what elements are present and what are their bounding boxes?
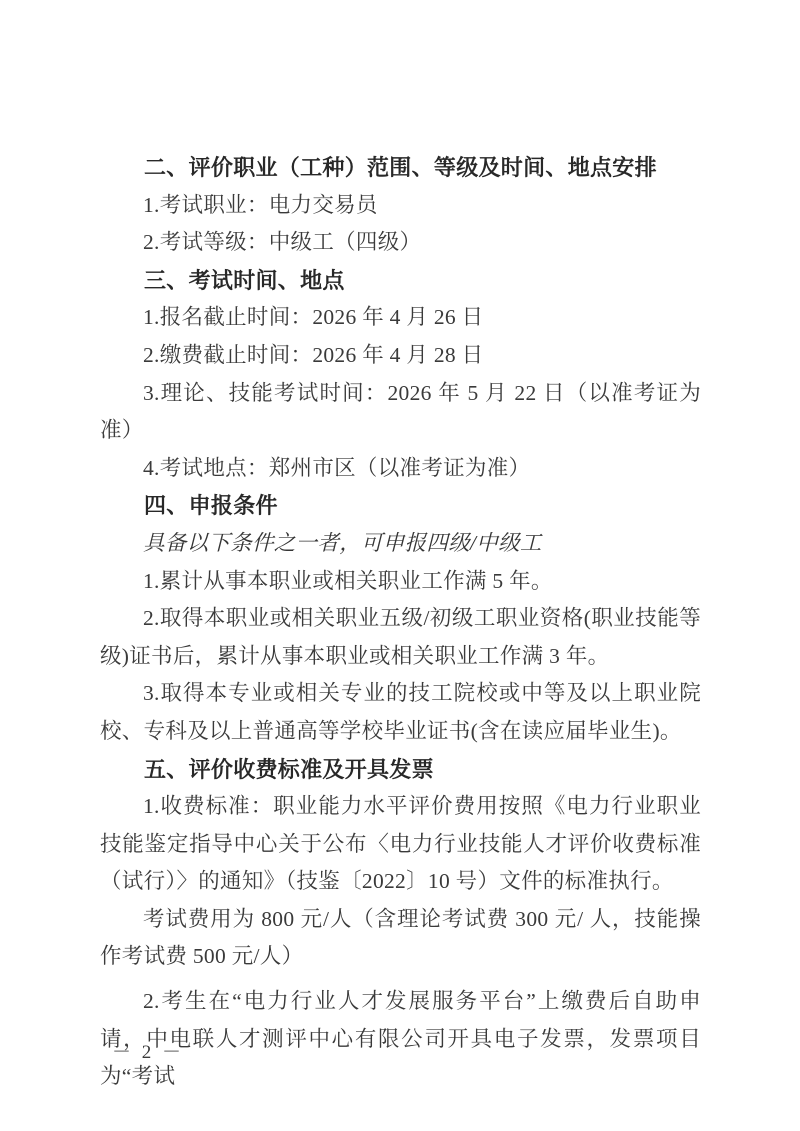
heading-section-4: 四、申报条件 <box>100 487 701 525</box>
para-exam-occupation: 1.考试职业：电力交易员 <box>100 187 701 225</box>
heading-section-3: 三、考试时间、地点 <box>100 262 701 300</box>
para-exam-date: 3.理论、技能考试时间：2026 年 5 月 22 日（以准考证为准） <box>100 375 701 450</box>
para-exam-location: 4.考试地点：郑州市区（以准考证为准） <box>100 450 701 488</box>
para-eligibility-intro: 具备以下条件之一者，可申报四级/中级工 <box>100 525 701 563</box>
para-condition-3: 3.取得本专业或相关专业的技工院校或中等及以上职业院校、专科及以上普通高等学校毕… <box>100 675 701 750</box>
page-number: － 2 － <box>112 1037 184 1064</box>
document-page: 二、评价职业（工种）范围、等级及时间、地点安排 1.考试职业：电力交易员 2.考… <box>0 0 800 1131</box>
para-condition-1: 1.累计从事本职业或相关职业工作满 5 年。 <box>100 563 701 601</box>
document-body: 二、评价职业（工种）范围、等级及时间、地点安排 1.考试职业：电力交易员 2.考… <box>100 149 701 1096</box>
para-exam-level: 2.考试等级：中级工（四级） <box>100 224 701 262</box>
para-condition-2: 2.取得本职业或相关职业五级/初级工职业资格(职业技能等级)证书后，累计从事本职… <box>100 600 701 675</box>
heading-section-5: 五、评价收费标准及开具发票 <box>100 751 701 789</box>
para-fee-standard: 1.收费标准：职业能力水平评价费用按照《电力行业职业技能鉴定指导中心关于公布〈电… <box>100 788 701 901</box>
para-invoice: 2.考生在“电力行业人才发展服务平台”上缴费后自助申请，中电联人才测评中心有限公… <box>100 983 701 1096</box>
para-registration-deadline: 1.报名截止时间：2026 年 4 月 26 日 <box>100 299 701 337</box>
heading-section-2: 二、评价职业（工种）范围、等级及时间、地点安排 <box>100 149 701 187</box>
para-fee-amount: 考试费用为 800 元/人（含理论考试费 300 元/ 人，技能操作考试费 50… <box>100 901 701 976</box>
para-payment-deadline: 2.缴费截止时间：2026 年 4 月 28 日 <box>100 337 701 375</box>
